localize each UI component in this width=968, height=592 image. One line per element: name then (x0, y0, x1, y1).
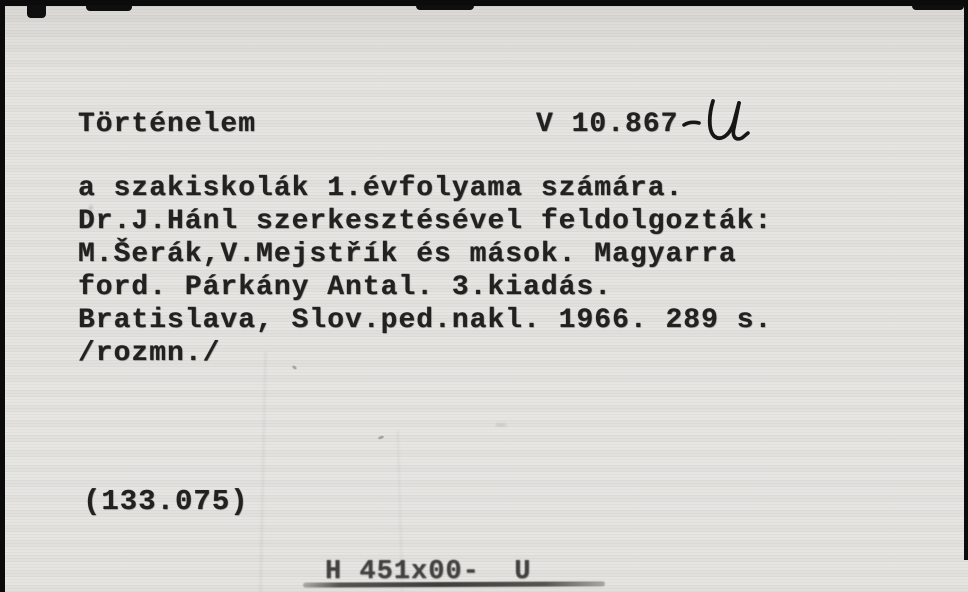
handwritten-u-mark (680, 92, 764, 150)
scan-edge-left (0, 0, 5, 592)
scan-edge-blotch (416, 5, 474, 10)
scan-edge-blotch (27, 5, 46, 18)
scan-edge-blotch (912, 5, 964, 10)
body-line: /rozmn./ (78, 337, 772, 370)
classification-number: (133.075) (83, 485, 249, 518)
scan-edge-right (964, 0, 968, 560)
paper-crease (259, 352, 266, 592)
body-text: a szakiskolák 1.évfolyama számára. Dr.J.… (78, 172, 772, 370)
body-line: a szakiskolák 1.évfolyama számára. (78, 172, 772, 205)
scan-edge-blotch (86, 5, 132, 11)
body-line: ford. Párkány Antal. 3.kiadás. (78, 271, 772, 304)
body-line: Dr.J.Hánl szerkesztésével feldolgozták: (78, 205, 772, 238)
scan-edge-top (0, 0, 968, 6)
subject-heading: Történelem (78, 108, 256, 141)
catalog-card-scan: Történelem V 10.867 a szakiskolák 1.évfo… (0, 0, 968, 592)
paper-smudge (496, 424, 506, 426)
call-number: V 10.867 (536, 108, 678, 141)
paper-speck (378, 435, 385, 440)
body-line: M.Šerák,V.Mejstřík és mások. Magyarra (78, 238, 772, 271)
body-line: Bratislava, Slov.ped.nakl. 1966. 289 s. (78, 304, 772, 337)
accession-underline (303, 581, 605, 587)
